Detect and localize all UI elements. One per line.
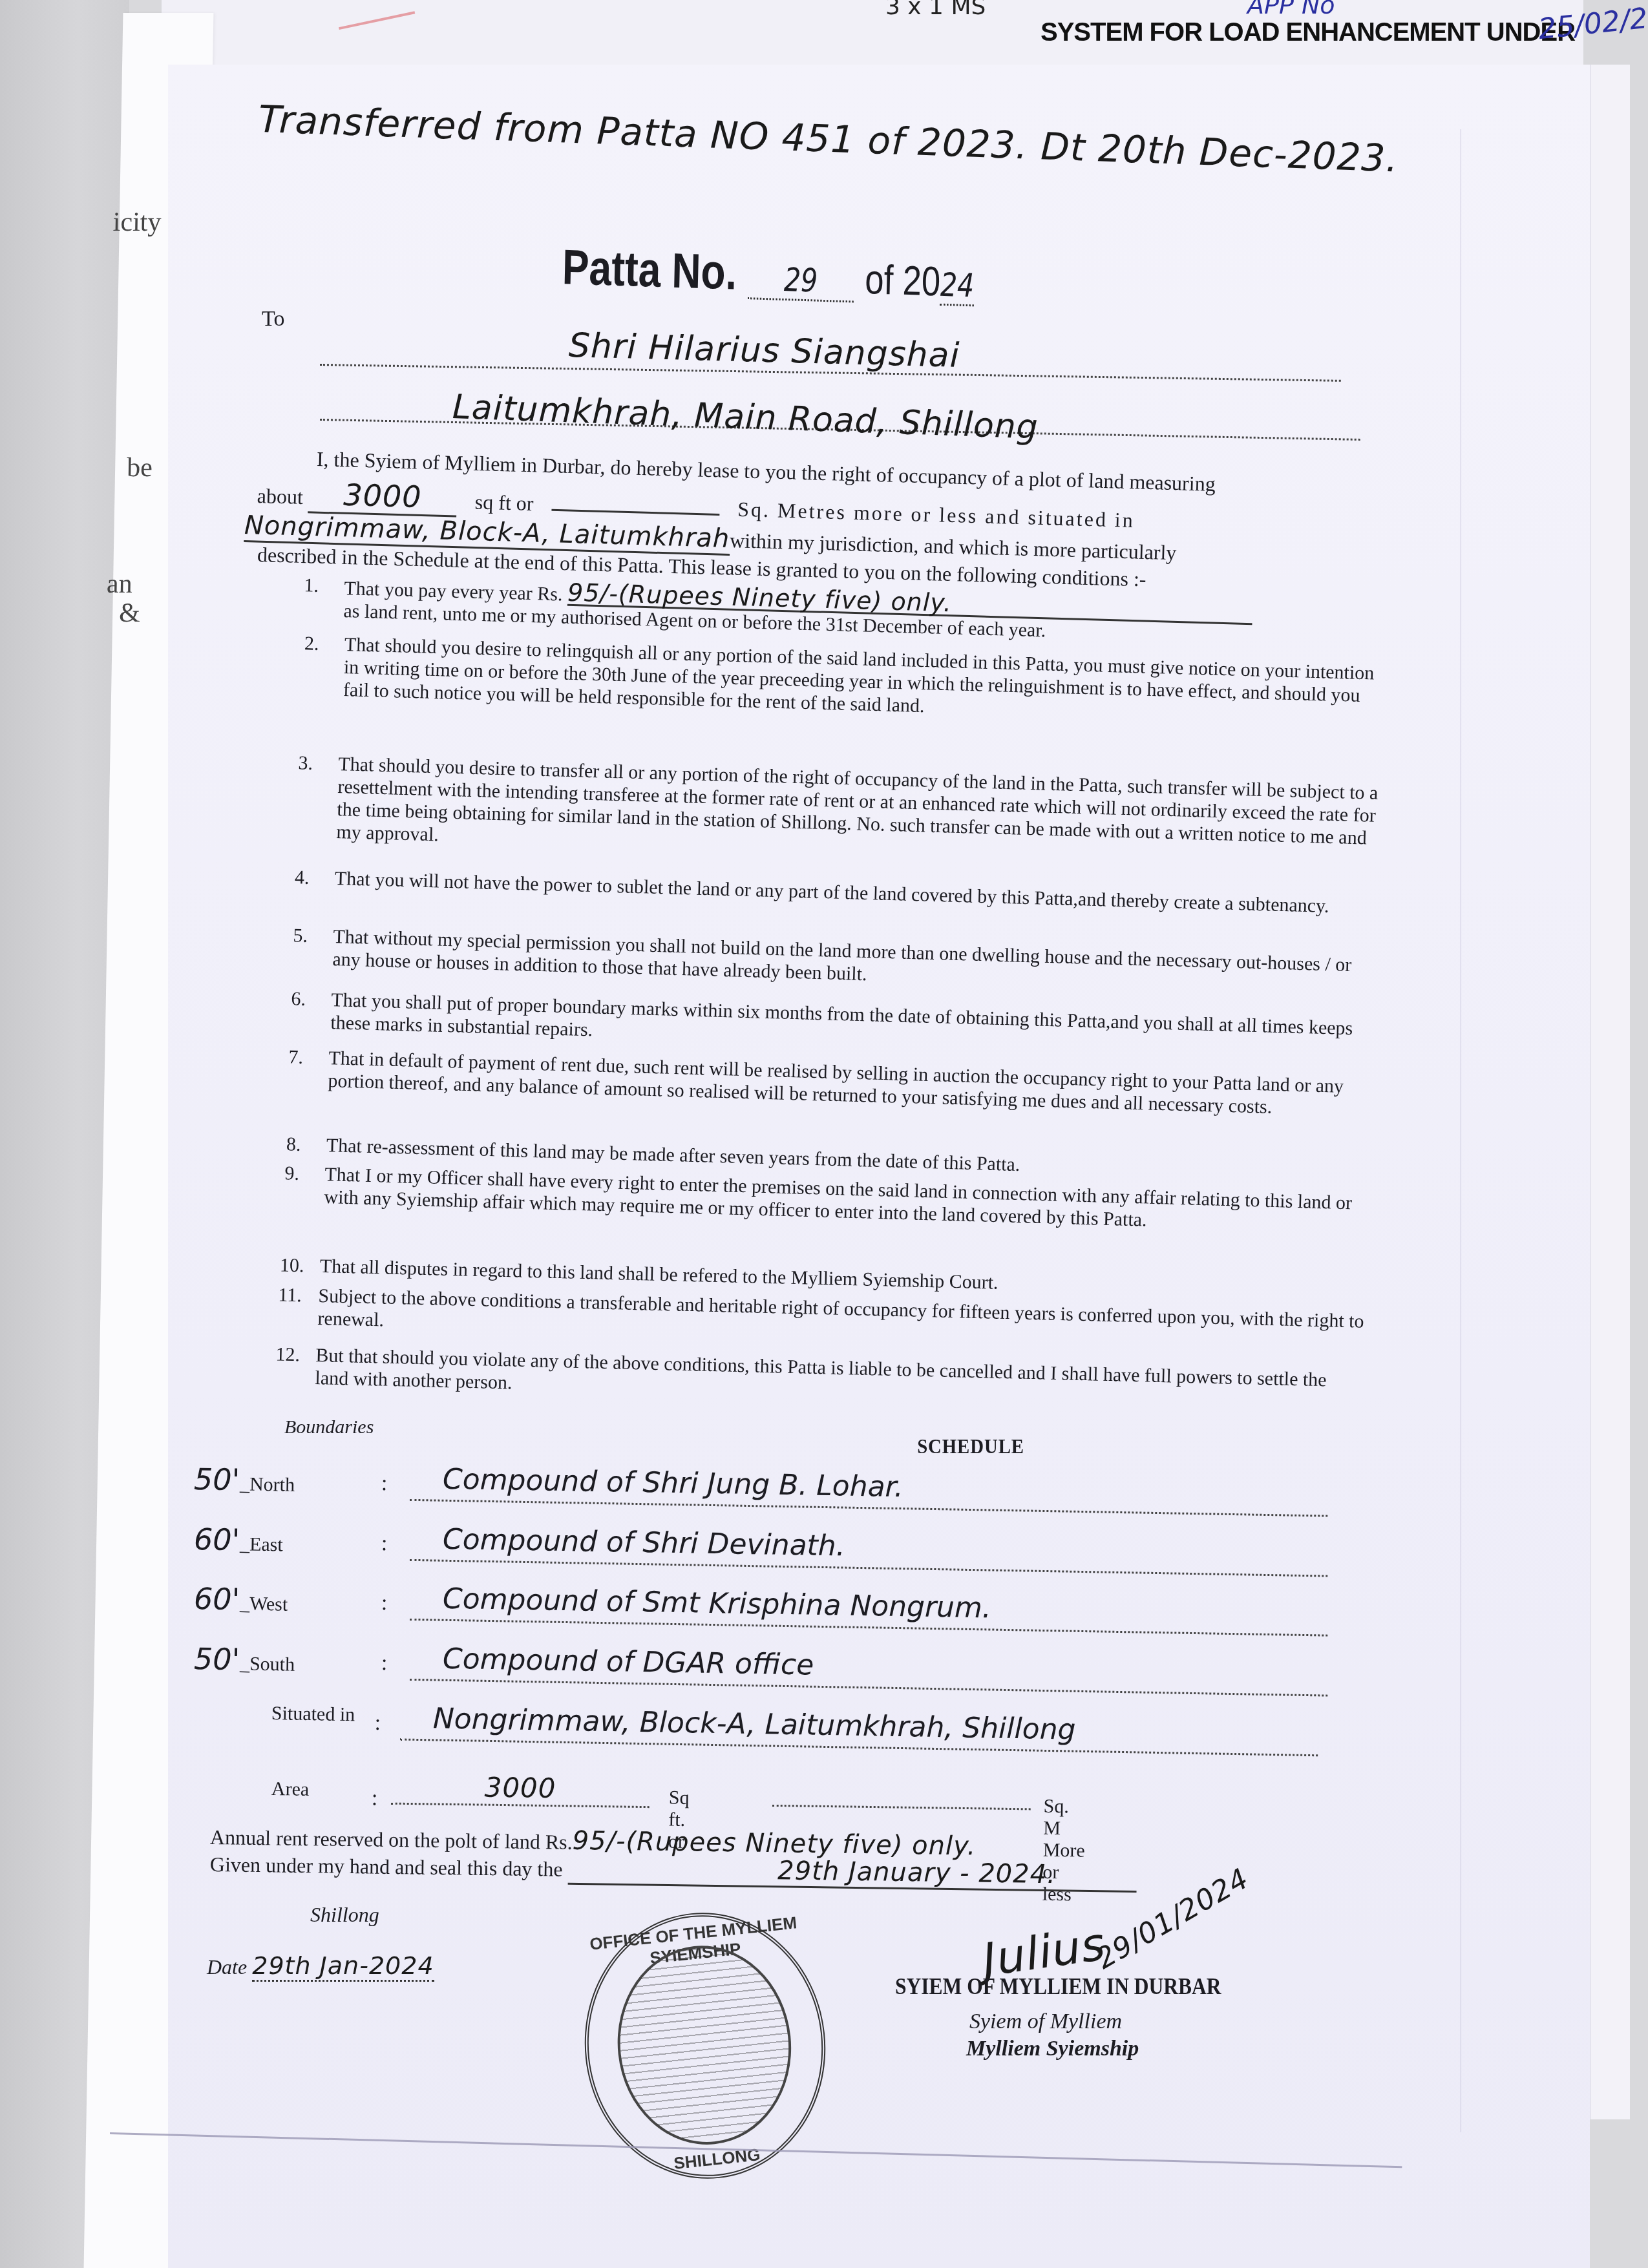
title-of: of 20 — [865, 256, 941, 305]
title-prefix: Patta No. — [562, 240, 737, 300]
patta-number: 29 — [747, 260, 854, 302]
margin-line — [1461, 129, 1461, 2132]
date-line: Date 29th Jan-2024 — [207, 1951, 434, 1982]
signatory-title: SYIEM OF MYLLIEM IN DURBAR — [895, 1974, 1221, 2000]
left-fragment: an — [107, 569, 132, 600]
area-sqft-field: 3000 — [308, 476, 458, 517]
area-sqm-field — [772, 1779, 1031, 1811]
area-row: Area : 3000 Sq ft. or Sq. M More or less — [271, 1778, 310, 1801]
boundary-north: 50'_North : Compound of Shri Jung B. Loh… — [194, 1462, 295, 1498]
area-value: 3000 — [484, 1772, 556, 1805]
left-fragment: icity — [112, 207, 161, 238]
about-label: about — [257, 484, 303, 509]
underlying-header-text: SYSTEM FOR LOAD ENHANCEMENT UNDER — [1041, 18, 1575, 47]
place-label: Shillong — [310, 1903, 379, 1927]
underlying-scribble: 3 x 1 MS — [885, 0, 986, 20]
date-value: 29th Jan-2024 — [252, 1951, 434, 1982]
signatory-subtitle-2: Mylliem Syiemship — [966, 2037, 1139, 2061]
underlying-app-no: APP No — [1247, 0, 1335, 19]
paper-stack-edge — [1590, 65, 1630, 2119]
schedule-heading: SCHEDULE — [917, 1434, 1024, 1458]
boundary-west: 60'_West : Compound of Smt Krisphina Non… — [194, 1581, 288, 1618]
left-fragment: be — [127, 452, 153, 483]
underlying-date: 25/02/26 — [1537, 0, 1648, 46]
situated-in-row: Situated in : Nongrimmaw, Block-A, Laitu… — [271, 1703, 355, 1726]
area-sqm-field — [551, 490, 720, 516]
left-fragment: & — [119, 598, 141, 629]
boundary-east: 60'_East : Compound of Shri Devinath. — [194, 1522, 284, 1558]
boundary-south: 50'_South : Compound of DGAR office — [194, 1641, 295, 1678]
to-label: To — [262, 307, 284, 331]
patta-year: 24 — [940, 266, 974, 307]
sqft-or-label: sq ft or — [474, 490, 534, 515]
boundaries-label: Boundaries — [284, 1416, 374, 1438]
signatory-subtitle-1: Syiem of Mylliem — [969, 2010, 1122, 2034]
